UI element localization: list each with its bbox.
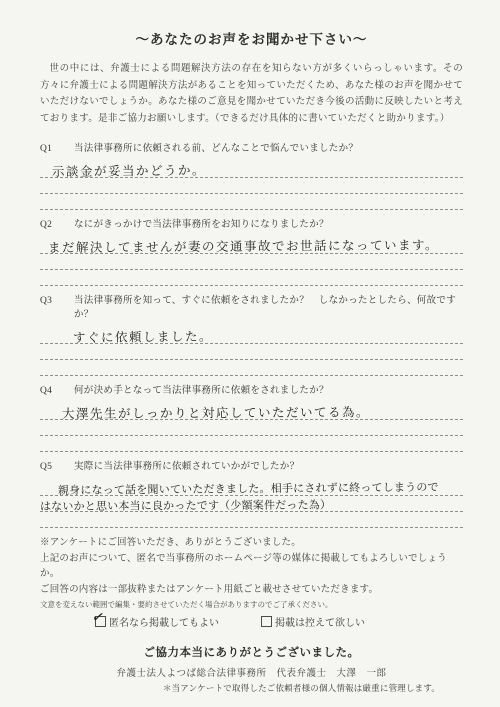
excerpt-note: ご回答の内容は一部抜粋またはアンケート用紙ごと載せさせていただきます。 [40, 583, 463, 599]
page-title: ～あなたのお声をお聞かせ下さい～ [40, 28, 463, 48]
question-block-q4: Q4 何が決め手となって当法律事務所に依頼をされましたか？ 大澤先生がしっかりと… [40, 384, 463, 452]
option-decline[interactable]: ✓ 掲載は控えて欲しい [261, 614, 365, 629]
option-anonymous-ok-label: 匿名なら掲載してもよい [109, 614, 219, 629]
question-line: Q2 なにがきっかけで当法律事務所をお知りになりましたか？ [40, 218, 463, 232]
question-line: Q4 何が決め手となって当法律事務所に依頼をされましたか？ [40, 384, 463, 398]
answer-line: 親身になって話を聞いていただきました。相手にされずに終ってしまうので [40, 474, 463, 496]
option-anonymous-ok[interactable]: ✓ 匿名なら掲載してもよい [95, 614, 219, 629]
question-line: Q1 当法律事務所に依頼される前、どんなことで悩んでいましたか？ [40, 142, 463, 156]
questionnaire-sheet: ～あなたのお声をお聞かせ下さい～ 世の中には、弁護士による問題解決方法の存在を知… [0, 0, 500, 707]
question-block-q3: Q3 当法律事務所を知って、すぐに依頼をされましたか？ しなかったとしたら、何故… [40, 294, 463, 376]
question-label: Q2 [40, 218, 74, 232]
answer-line [40, 436, 463, 452]
thanks-note: ※アンケートにご回答いただき、ありがとうございました。 [40, 536, 463, 552]
answer-line [40, 360, 463, 376]
answer-line: はないかと思い本当に良かったです（少額案件だった為） [40, 496, 463, 512]
option-decline-label: 掲載は控えて欲しい [275, 614, 365, 629]
check-icon: ✓ [91, 607, 107, 627]
question-line: Q5 実際に当法律事務所に依頼されていかがでしたか？ [40, 460, 463, 474]
question-block-q5: Q5 実際に当法律事務所に依頼されていかがでしたか？ 親身になって話を聞いていた… [40, 460, 463, 528]
permission-question: 上記のお声について、匿名で当事務所のホームページ等の媒体に掲載してもよろしいでし… [40, 552, 463, 583]
question-block-q1: Q1 当法律事務所に依頼される前、どんなことで悩んでいましたか？ 示談金が妥当か… [40, 142, 463, 210]
closing-message: ご協力本当にありがとうございました。 [40, 644, 463, 660]
answer-line [40, 344, 463, 360]
answer-line [40, 254, 463, 270]
answer-line [40, 194, 463, 210]
answer-line [40, 420, 463, 436]
privacy-note: ＊当アンケートで取得したご依頼者様の個人情報は厳重に管理します。 [40, 682, 463, 694]
question-block-q2: Q2 なにがきっかけで当法律事務所をお知りになりましたか？ まだ解決してませんが… [40, 218, 463, 286]
answer-line [40, 270, 463, 286]
publication-options: ✓ 匿名なら掲載してもよい ✓ 掲載は控えて欲しい [40, 613, 463, 629]
answer-line [40, 178, 463, 194]
question-text: 当法律事務所に依頼される前、どんなことで悩んでいましたか？ [74, 142, 358, 156]
question-label: Q1 [40, 142, 74, 156]
answer-line: 示談金が妥当かどうか。 [40, 156, 463, 178]
answer-line: 大澤先生がしっかりと対応していただいてる為。 [40, 398, 463, 420]
question-text: なにがきっかけで当法律事務所をお知りになりましたか？ [74, 218, 329, 232]
question-line: Q3 当法律事務所を知って、すぐに依頼をされましたか？ しなかったとしたら、何故… [40, 294, 463, 322]
answer-line: まだ解決してませんが妻の交通事故でお世話になっています。 [40, 232, 463, 254]
office-signature: 弁護士法人よつば総合法律事務所 代表弁護士 大澤 一郎 [40, 665, 463, 679]
question-text: 何が決め手となって当法律事務所に依頼をされましたか？ [74, 384, 329, 398]
answer-line [40, 512, 463, 528]
question-label: Q4 [40, 384, 74, 398]
handwritten-answer: まだ解決してませんが妻の交通事故でお世話になっています。 [48, 235, 439, 256]
question-label: Q5 [40, 460, 74, 474]
footer-section: ※アンケートにご回答いただき、ありがとうございました。 上記のお声について、匿名… [40, 536, 463, 694]
questions-section: Q1 当法律事務所に依頼される前、どんなことで悩んでいましたか？ 示談金が妥当か… [40, 142, 463, 528]
question-text: 当法律事務所を知って、すぐに依頼をされましたか？ しなかったとしたら、何故ですか… [74, 294, 463, 322]
answer-line: すぐに依頼しました。 [40, 322, 463, 344]
question-text: 実際に当法律事務所に依頼されていかがでしたか？ [74, 460, 299, 474]
intro-paragraph: 世の中には、弁護士による問題解決方法の存在を知らない方が多くいらっしゃいます。そ… [40, 61, 463, 127]
checkbox-anonymous-ok[interactable]: ✓ [95, 616, 106, 627]
question-label: Q3 [40, 294, 74, 322]
checkbox-decline[interactable]: ✓ [261, 616, 272, 627]
